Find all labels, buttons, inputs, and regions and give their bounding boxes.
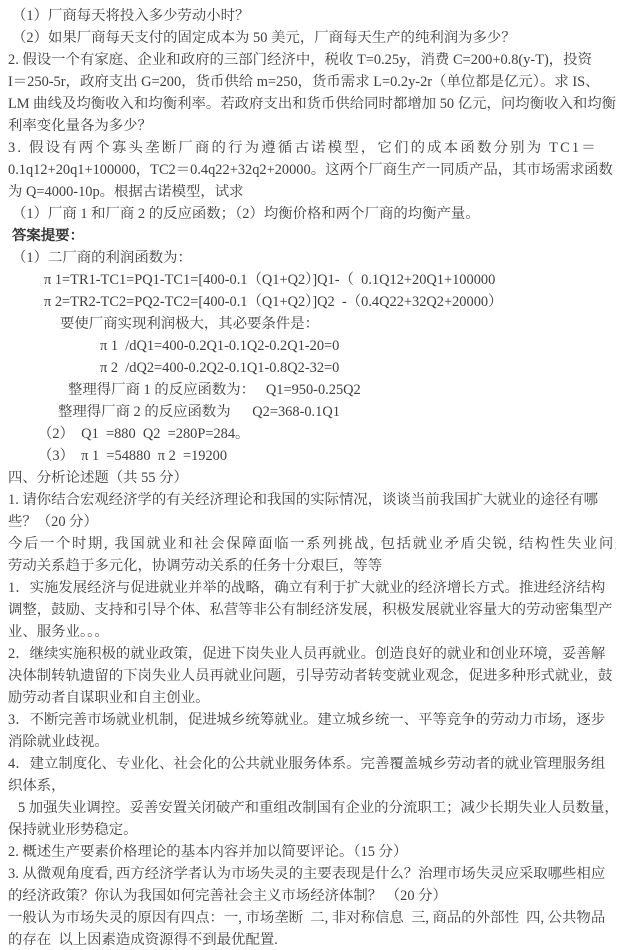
doc-line: 织体系， (8, 775, 616, 797)
doc-line: 2. 概述生产要素价格理论的基本内容并加以简要评论。（15 分） (8, 841, 616, 863)
doc-line: 励劳动者自谋职业和自主创业。 (8, 687, 616, 709)
doc-line: （2）如果厂商每天支付的固定成本为 50 美元，厂商每天生产的纯利润为多少？ (8, 27, 616, 49)
doc-line: 2．继续实施积极的就业政策，促进下岗失业人员再就业。创造良好的就业和创业环境，妥… (8, 643, 616, 665)
doc-line: 调整，鼓励、支持和引导个体、私营等非公有制经济发展，积极发展就业容量大的劳动密集… (8, 599, 616, 621)
doc-line: （1）厂商 1 和厂商 2 的反应函数；（2）均衡价格和两个厂商的均衡产量。 (8, 203, 616, 225)
reaction-function-line: 整理得厂商 1 的反应函数为： Q1=950-0.25Q2 (8, 379, 616, 401)
doc-line: 3. 假设有两个寡头垄断厂商的行为遵循古诺模型，它们的成本函数分别为 TC1＝ (8, 137, 616, 159)
doc-line: 0.1q12+20q1+100000，TC2＝0.4q22+32q2+20000… (8, 159, 616, 181)
document-page: （1）厂商每天将投入多少劳动小时？ （2）如果厂商每天支付的固定成本为 50 美… (0, 0, 624, 950)
doc-line: 的经济政策？你认为我国如何完善社会主义市场经济体制？ （20 分） (8, 885, 616, 907)
doc-line: 1．实施发展经济与促进就业并举的战略，确立有利于扩大就业的经济增长方式。推进经济… (8, 577, 616, 599)
doc-line: 些？（20 分） (8, 511, 616, 533)
doc-line: 5 加强失业调控。妥善安置关闭破产和重组改制国有企业的分流职工；减少长期失业人员… (8, 797, 616, 819)
doc-line: 为 Q=4000-10p。根据古诺模型，试求 (8, 181, 616, 203)
doc-line: 3．不断完善市场就业机制，促进城乡统筹就业。建立城乡统一、平等竞争的劳动力市场，… (8, 709, 616, 731)
doc-line: 要使厂商实现利润极大，其必要条件是： (8, 313, 616, 335)
derivative-line: π 1 /dQ1=400-0.2Q1-0.1Q2-0.2Q1-20=0 (8, 335, 616, 357)
doc-line: （1）二厂商的利润函数为： (8, 247, 616, 269)
derivative-line: π 2 /dQ2=400-0.2Q2-0.1Q1-0.8Q2-32=0 (8, 357, 616, 379)
doc-line: （1）厂商每天将投入多少劳动小时？ (8, 5, 616, 27)
reaction-function-line: 整理得厂商 2 的反应函数为 Q2=368-0.1Q1 (8, 401, 616, 423)
result-line: （2） Q1 =880 Q2 =280P=284。 (8, 423, 616, 445)
doc-line: 的存在 以上因素造成资源得不到最优配置. (8, 929, 616, 950)
doc-line: LM 曲线及均衡收入和均衡利率。若政府支出和货币供给同时都增加 50 亿元，问均… (8, 93, 616, 115)
doc-line: 今后一个时期, 我国就业和社会保障面临一系列挑战, 包括就业矛盾尖锐, 结构性失… (8, 533, 616, 555)
doc-line: 3. 从微观角度看, 西方经济学者认为市场失灵的主要表现是什么？治理市场失灵应采… (8, 863, 616, 885)
doc-line: 4．建立制度化、专业化、社会化的公共就业服务体系。完善覆盖城乡劳动者的就业管理服… (8, 753, 616, 775)
doc-line: 消除就业歧视。 (8, 731, 616, 753)
doc-line: 一般认为市场失灵的原因有四点：一, 市场垄断 二, 非对称信息 三, 商品的外部… (8, 907, 616, 929)
doc-line: I＝250-5r，政府支出 G=200，货币供给 m=250，货币需求 L=0.… (8, 71, 616, 93)
doc-line: 决体制转轨遗留的下岗失业人员再就业问题，引导劳动者转变就业观念，促进多种形式就业… (8, 665, 616, 687)
doc-line: 2. 假设一个有家庭、企业和政府的三部门经济中，税收 T=0.25y，消费 C=… (8, 49, 616, 71)
doc-line: 1. 请你结合宏观经济学的有关经济理论和我国的实际情况，谈谈当前我国扩大就业的途… (8, 489, 616, 511)
doc-line: 业、服务业。。。 (8, 621, 616, 643)
profit-function-line: π 1=TR1-TC1=PQ1-TC1=[400-0.1（Q1+Q2）]Q1-（… (8, 269, 616, 291)
doc-line: 保持就业形势稳定。 (8, 819, 616, 841)
profit-function-line: π 2=TR2-TC2=PQ2-TC2=[400-0.1（Q1+Q2）]Q2 -… (8, 291, 616, 313)
section-four-heading: 四、分析论述题（共 55 分） (8, 467, 616, 489)
result-line: （3） π 1 =54880 π 2 =19200 (8, 445, 616, 467)
answer-summary-heading: 答案提要： (8, 225, 616, 247)
doc-line: 利率变化量各为多少？ (8, 115, 616, 137)
doc-line: 劳动关系趋于多元化，协调劳动关系的任务十分艰巨，等等 (8, 555, 616, 577)
